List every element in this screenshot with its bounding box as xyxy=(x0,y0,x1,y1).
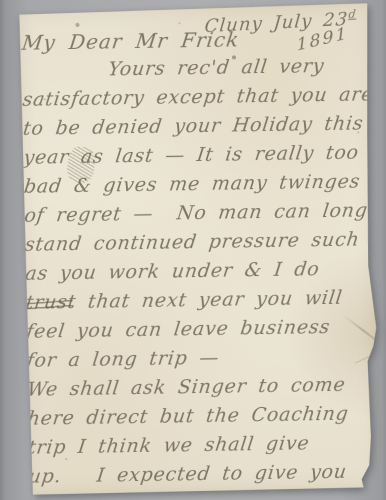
dateline-superscript: d xyxy=(348,7,357,20)
letter-body: Yours rec'd all very satisfactory except… xyxy=(24,51,377,491)
salutation: My Dear Mr Frick xyxy=(21,27,241,54)
letter-page: Cluny July 23d 1891 My Dear Mr Frick You… xyxy=(18,3,379,494)
letter-line: up. I expected to give you xyxy=(27,457,377,491)
photo-background: Cluny July 23d 1891 My Dear Mr Frick You… xyxy=(0,0,386,500)
letter-paper-wrap: Cluny July 23d 1891 My Dear Mr Frick You… xyxy=(18,3,379,494)
paper-specks xyxy=(18,9,20,11)
